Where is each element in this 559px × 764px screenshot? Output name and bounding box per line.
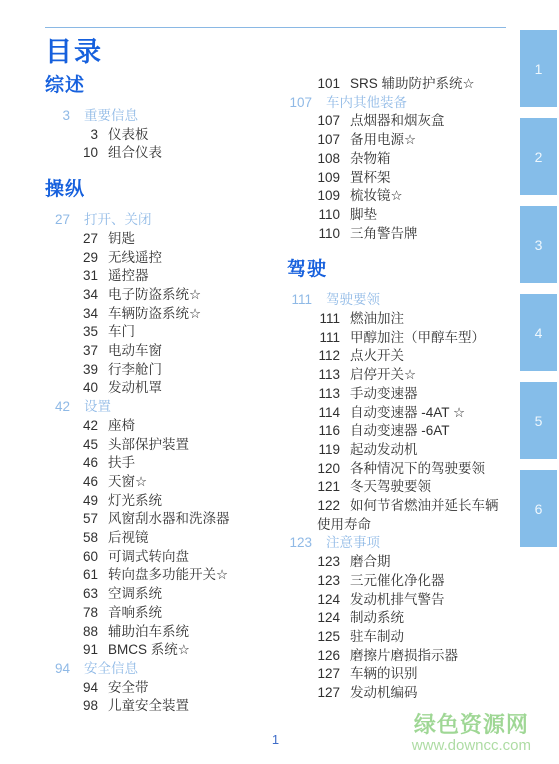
toc-entry-label: 风窗刮水器和洗涤器	[108, 510, 230, 529]
toc-entry-page-number: 45	[65, 436, 98, 455]
toc-entry-page-number: 27	[65, 230, 98, 249]
chapter-tab-4[interactable]: 4	[520, 294, 557, 371]
toc-entry-label: 注意事项	[326, 534, 380, 553]
toc-entry-label: 发动机编码	[350, 684, 418, 703]
toc-item-entry[interactable]: 110脚垫	[287, 206, 527, 225]
toc-entry-label: SRS 辅助防护系统☆	[350, 75, 475, 94]
toc-item-entry[interactable]: 46扶手	[45, 454, 285, 473]
chapter-tab-3[interactable]: 3	[520, 206, 557, 283]
toc-entry-label: 电子防盗系统☆	[108, 286, 201, 305]
toc-item-entry[interactable]: 57风窗刮水器和洗涤器	[45, 510, 285, 529]
toc-entry-label: 仪表板	[108, 126, 149, 145]
toc-entry-label: 行李舱门	[108, 361, 162, 380]
toc-entry-page-number: 31	[65, 267, 98, 286]
toc-item-entry[interactable]: 58后视镜	[45, 529, 285, 548]
toc-item-entry[interactable]: 31遥控器	[45, 267, 285, 286]
toc-entry-page-number: 125	[307, 628, 340, 647]
toc-entry-page-number: 119	[307, 441, 340, 460]
toc-item-entry[interactable]: 124发动机排气警告	[287, 591, 527, 610]
toc-entry-label: 遥控器	[108, 267, 149, 286]
toc-section-title: 操纵	[45, 180, 285, 200]
toc-entry-page-number: 112	[307, 347, 340, 366]
toc-entry-page-number: 61	[65, 566, 98, 585]
toc-entry-page-number: 91	[65, 641, 98, 660]
toc-item-entry[interactable]: 116自动变速器 -6AT	[287, 422, 527, 441]
toc-entry-label: 脚垫	[350, 206, 377, 225]
toc-entry-label: 起动发动机	[350, 441, 418, 460]
watermark-site-name: 绿色资源网	[412, 713, 531, 737]
toc-entry-page-number: 126	[307, 647, 340, 666]
toc-entry-page-number: 107	[287, 94, 312, 113]
toc-entry-page-number: 94	[45, 660, 70, 679]
toc-item-entry[interactable]: 46天窗☆	[45, 473, 285, 492]
toc-item-entry[interactable]: 34车辆防盗系统☆	[45, 305, 285, 324]
toc-entry-label: 安全带	[108, 679, 149, 698]
toc-entry-label: 音响系统	[108, 604, 162, 623]
toc-item-entry[interactable]: 10组合仪表	[45, 144, 285, 163]
toc-item-entry[interactable]: 121冬天驾驶要领	[287, 478, 527, 497]
toc-entry-label: 车辆防盗系统☆	[108, 305, 201, 324]
toc-entry-label: 头部保护装置	[108, 436, 189, 455]
toc-entry-page-number: 49	[65, 492, 98, 511]
toc-entry-label: 驾驶要领	[326, 291, 380, 310]
toc-item-entry[interactable]: 113启停开关☆	[287, 366, 527, 385]
toc-entry-label: 杂物箱	[350, 150, 391, 169]
toc-item-entry[interactable]: 122如何节省燃油并延长车辆	[287, 497, 527, 516]
toc-entry-label: 自动变速器 -4AT ☆	[350, 404, 465, 423]
toc-item-entry[interactable]: 119起动发动机	[287, 441, 527, 460]
toc-entry-page-number: 78	[65, 604, 98, 623]
toc-entry-page-number: 46	[65, 454, 98, 473]
toc-entry-label: 发动机排气警告	[350, 591, 445, 610]
toc-entry-label: BMCS 系统☆	[108, 641, 190, 660]
toc-entry-label: 后视镜	[108, 529, 149, 548]
toc-entry-page-number: 88	[65, 623, 98, 642]
toc-entry-label-wrap: 使用寿命	[287, 516, 527, 535]
toc-item-entry[interactable]: 101SRS 辅助防护系统☆	[287, 75, 527, 94]
toc-entry-page-number: 116	[307, 422, 340, 441]
toc-entry-label: 燃油加注	[350, 310, 404, 329]
toc-entry-label: 备用电源☆	[350, 131, 416, 150]
toc-item-entry[interactable]: 49灯光系统	[45, 492, 285, 511]
toc-item-entry[interactable]: 109置杯架	[287, 169, 527, 188]
toc-entry-page-number: 111	[307, 310, 340, 329]
toc-entry-page-number: 123	[307, 572, 340, 591]
toc-entry-label: 制动系统	[350, 609, 404, 628]
toc-item-entry[interactable]: 107备用电源☆	[287, 131, 527, 150]
toc-entry-page-number: 63	[65, 585, 98, 604]
toc-entry-page-number: 35	[65, 323, 98, 342]
toc-entry-page-number: 46	[65, 473, 98, 492]
toc-entry-page-number: 42	[65, 417, 98, 436]
toc-item-entry[interactable]: 45头部保护装置	[45, 436, 285, 455]
chapter-tab-6[interactable]: 6	[520, 470, 557, 547]
toc-entry-page-number: 27	[45, 211, 70, 230]
chapter-tab-1[interactable]: 1	[520, 30, 557, 107]
toc-entry-page-number: 107	[307, 131, 340, 150]
toc-entry-label: 车内其他装备	[326, 94, 407, 113]
toc-entry-label: 无线遥控	[108, 249, 162, 268]
toc-entry-label: 钥匙	[108, 230, 135, 249]
toc-entry-label: 组合仪表	[108, 144, 162, 163]
toc-item-entry[interactable]: 39行李舱门	[45, 361, 285, 380]
toc-entry-label: 甲醇加注（甲醇车型）	[350, 329, 485, 348]
chapter-tab-2[interactable]: 2	[520, 118, 557, 195]
toc-entry-label: 天窗☆	[108, 473, 147, 492]
toc-subsection-entry[interactable]: 42设置	[45, 398, 285, 417]
toc-entry-page-number: 40	[65, 379, 98, 398]
toc-item-entry[interactable]: 88辅助泊车系统	[45, 623, 285, 642]
toc-item-entry[interactable]: 113手动变速器	[287, 385, 527, 404]
toc-item-entry[interactable]: 126磨擦片磨损指示器	[287, 647, 527, 666]
toc-item-entry[interactable]: 125驻车制动	[287, 628, 527, 647]
toc-item-entry[interactable]: 42座椅	[45, 417, 285, 436]
toc-entry-page-number: 58	[65, 529, 98, 548]
toc-entry-page-number: 113	[307, 385, 340, 404]
toc-subsection-entry[interactable]: 94安全信息	[45, 660, 285, 679]
toc-entry-label: 置杯架	[350, 169, 391, 188]
toc-item-entry[interactable]: 109梳妆镜☆	[287, 187, 527, 206]
toc-entry-label: 点烟器和烟灰盒	[350, 112, 445, 131]
toc-entry-page-number: 123	[287, 534, 312, 553]
toc-entry-label: 驻车制动	[350, 628, 404, 647]
toc-item-entry[interactable]: 3仪表板	[45, 126, 285, 145]
toc-item-entry[interactable]: 111甲醇加注（甲醇车型）	[287, 329, 527, 348]
toc-item-entry[interactable]: 40发动机罩	[45, 379, 285, 398]
toc-entry-page-number: 108	[307, 150, 340, 169]
toc-column-left: 综述3重要信息3仪表板10组合仪表操纵27打开、关闭27钥匙29无线遥控31遥控…	[45, 70, 285, 716]
toc-entry-page-number: 123	[307, 553, 340, 572]
toc-item-entry[interactable]: 123三元催化净化器	[287, 572, 527, 591]
toc-item-entry[interactable]: 63空调系统	[45, 585, 285, 604]
toc-entry-page-number: 111	[307, 329, 340, 348]
toc-entry-label: 磨合期	[350, 553, 391, 572]
toc-entry-label: 扶手	[108, 454, 135, 473]
toc-entry-page-number: 120	[307, 460, 340, 479]
toc-entry-page-number: 39	[65, 361, 98, 380]
toc-entry-label: 车门	[108, 323, 135, 342]
toc-entry-label: 辅助泊车系统	[108, 623, 189, 642]
toc-item-entry[interactable]: 127发动机编码	[287, 684, 527, 703]
toc-entry-page-number: 114	[307, 404, 340, 423]
toc-subsection-entry[interactable]: 27打开、关闭	[45, 211, 285, 230]
toc-entry-label: 如何节省燃油并延长车辆	[350, 497, 499, 516]
manual-toc-page: 目录 综述3重要信息3仪表板10组合仪表操纵27打开、关闭27钥匙29无线遥控3…	[0, 0, 559, 764]
toc-entry-page-number: 110	[307, 206, 340, 225]
toc-item-entry[interactable]: 35车门	[45, 323, 285, 342]
toc-subsection-entry[interactable]: 3重要信息	[45, 107, 285, 126]
toc-entry-page-number: 37	[65, 342, 98, 361]
toc-entry-page-number: 3	[45, 107, 70, 126]
watermark-url: www.downcc.com	[412, 738, 531, 755]
header-rule	[45, 27, 506, 28]
toc-item-entry[interactable]: 108杂物箱	[287, 150, 527, 169]
watermark: 绿色资源网 www.downcc.com	[412, 713, 531, 754]
page-title: 目录	[45, 30, 103, 69]
toc-item-entry[interactable]: 91BMCS 系统☆	[45, 641, 285, 660]
toc-entry-page-number: 109	[307, 187, 340, 206]
toc-item-entry[interactable]: 60可调式转向盘	[45, 548, 285, 567]
toc-entry-label: 三元催化净化器	[350, 572, 445, 591]
toc-entry-label: 三角警告牌	[350, 225, 418, 244]
toc-entry-page-number: 111	[287, 291, 312, 310]
toc-entry-page-number: 101	[307, 75, 340, 94]
toc-entry-page-number: 127	[307, 665, 340, 684]
toc-entry-page-number: 122	[307, 497, 340, 516]
toc-entry-page-number: 94	[65, 679, 98, 698]
toc-entry-label: 车辆的识别	[350, 665, 418, 684]
toc-entry-label: 电动车窗	[108, 342, 162, 361]
toc-item-entry[interactable]: 123磨合期	[287, 553, 527, 572]
toc-entry-label: 发动机罩	[108, 379, 162, 398]
toc-item-entry[interactable]: 78音响系统	[45, 604, 285, 623]
toc-entry-page-number: 109	[307, 169, 340, 188]
toc-entry-page-number: 113	[307, 366, 340, 385]
chapter-tab-strip: 123456	[520, 30, 557, 558]
toc-item-entry[interactable]: 34电子防盗系统☆	[45, 286, 285, 305]
toc-entry-label: 重要信息	[84, 107, 138, 126]
toc-entry-page-number: 57	[65, 510, 98, 529]
toc-entry-page-number: 3	[65, 126, 98, 145]
toc-entry-label: 空调系统	[108, 585, 162, 604]
toc-item-entry[interactable]: 124制动系统	[287, 609, 527, 628]
toc-subsection-entry[interactable]: 111驾驶要领	[287, 291, 527, 310]
toc-entry-page-number: 124	[307, 609, 340, 628]
toc-item-entry[interactable]: 120各种情况下的驾驶要领	[287, 460, 527, 479]
toc-item-entry[interactable]: 27钥匙	[45, 230, 285, 249]
toc-entry-page-number: 110	[307, 225, 340, 244]
toc-item-entry[interactable]: 110三角警告牌	[287, 225, 527, 244]
toc-entry-page-number: 29	[65, 249, 98, 268]
toc-item-entry[interactable]: 114自动变速器 -4AT ☆	[287, 404, 527, 423]
toc-entry-label: 各种情况下的驾驶要领	[350, 460, 485, 479]
toc-entry-page-number: 10	[65, 144, 98, 163]
toc-entry-label: 磨擦片磨损指示器	[350, 647, 458, 666]
toc-entry-page-number: 121	[307, 478, 340, 497]
toc-item-entry[interactable]: 61转向盘多功能开关☆	[45, 566, 285, 585]
toc-entry-label: 打开、关闭	[84, 211, 152, 230]
toc-section-title: 驾驶	[287, 260, 527, 280]
toc-entry-page-number: 107	[307, 112, 340, 131]
toc-subsection-entry[interactable]: 107车内其他装备	[287, 94, 527, 113]
toc-entry-page-number: 98	[65, 697, 98, 716]
toc-entry-page-number: 34	[65, 286, 98, 305]
toc-item-entry[interactable]: 29无线遥控	[45, 249, 285, 268]
toc-entry-label: 冬天驾驶要领	[350, 478, 431, 497]
toc-entry-label: 座椅	[108, 417, 135, 436]
toc-entry-label: 梳妆镜☆	[350, 187, 403, 206]
toc-subsection-entry[interactable]: 123注意事项	[287, 534, 527, 553]
toc-column-right: 101SRS 辅助防护系统☆107车内其他装备107点烟器和烟灰盒107备用电源…	[287, 75, 527, 703]
toc-entry-page-number: 124	[307, 591, 340, 610]
toc-entry-label: 安全信息	[84, 660, 138, 679]
toc-item-entry[interactable]: 112点火开关	[287, 347, 527, 366]
toc-section-title: 综述	[45, 76, 285, 96]
toc-entry-label: 可调式转向盘	[108, 548, 189, 567]
toc-item-entry[interactable]: 127车辆的识别	[287, 665, 527, 684]
toc-entry-label: 灯光系统	[108, 492, 162, 511]
toc-item-entry[interactable]: 98儿童安全装置	[45, 697, 285, 716]
toc-entry-label: 启停开关☆	[350, 366, 416, 385]
toc-item-entry[interactable]: 107点烟器和烟灰盒	[287, 112, 527, 131]
toc-entry-label: 转向盘多功能开关☆	[108, 566, 228, 585]
toc-entry-label: 儿童安全装置	[108, 697, 189, 716]
toc-entry-page-number: 42	[45, 398, 70, 417]
toc-item-entry[interactable]: 94安全带	[45, 679, 285, 698]
toc-entry-label: 手动变速器	[350, 385, 418, 404]
toc-entry-page-number: 127	[307, 684, 340, 703]
toc-item-entry[interactable]: 37电动车窗	[45, 342, 285, 361]
toc-item-entry[interactable]: 111燃油加注	[287, 310, 527, 329]
chapter-tab-5[interactable]: 5	[520, 382, 557, 459]
toc-entry-page-number: 60	[65, 548, 98, 567]
toc-entry-label: 点火开关	[350, 347, 404, 366]
toc-entry-label: 自动变速器 -6AT	[350, 422, 450, 441]
toc-entry-label: 设置	[84, 398, 111, 417]
toc-entry-page-number: 34	[65, 305, 98, 324]
